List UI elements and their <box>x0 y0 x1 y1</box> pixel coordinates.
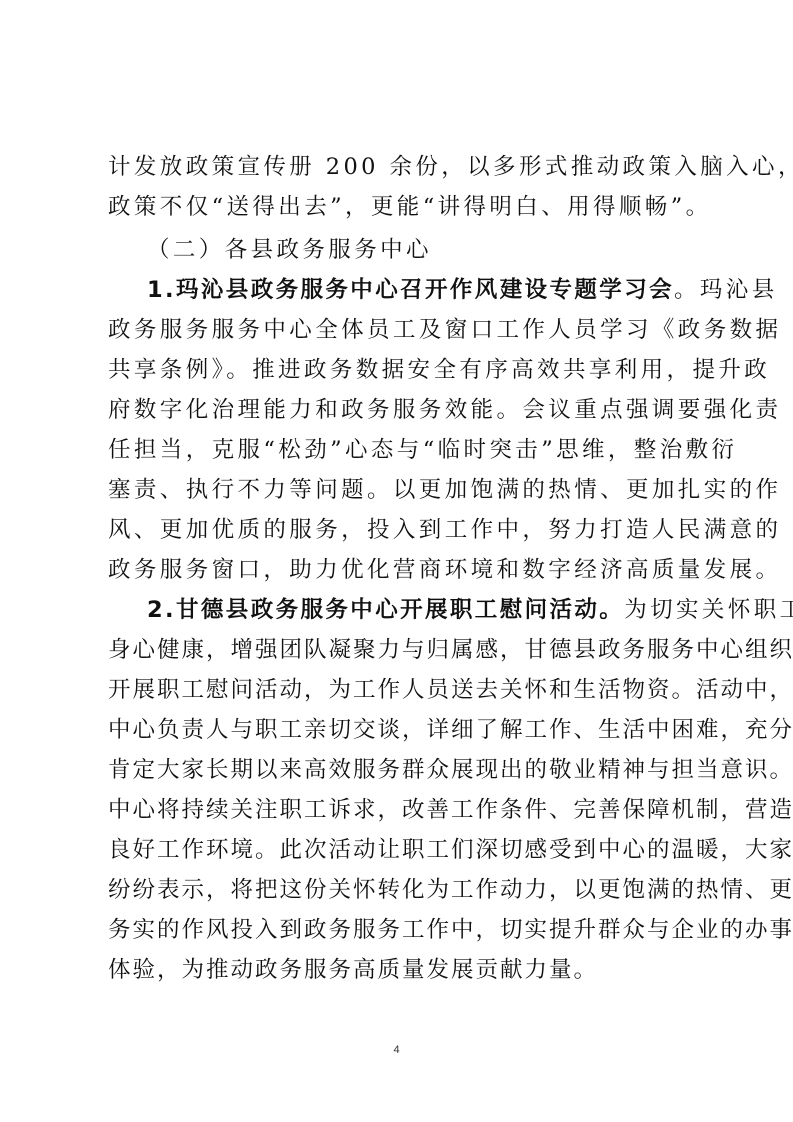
item2-first-line: 2.甘德县政务服务中心开展职工慰问活动。为切实关怀职工 <box>147 599 693 622</box>
body-text-line: 任担当，克服“松劲”心态与“临时突击”思维，整治敷衍 <box>108 439 693 462</box>
body-text-line: 政务服务窗口，助力优化营商环境和数字经济高质量发展。 <box>108 559 693 582</box>
body-text-line: 身心健康，增强团队凝聚力与归属感，甘德县政务服务中心组织 <box>108 639 693 662</box>
body-text-line: 政务服务服务中心全体员工及窗口工作人员学习《政务数据 <box>108 319 693 342</box>
body-text-line: 体验，为推动政务服务高质量发展贡献力量。 <box>108 959 693 982</box>
document-page: 计发放政策宣传册 200 余份，以多形式推动政策入脑入心，确保 政策不仅“送得出… <box>0 0 793 1122</box>
body-text-line: 肯定大家长期以来高效服务群众展现出的敬业精神与担当意识。 <box>108 759 693 782</box>
item1-title: 1.玛沁县政务服务中心召开作风建设专题学习会 <box>147 277 674 303</box>
section-heading: （二）各县政务服务中心 <box>147 239 693 262</box>
body-text-line: 纷纷表示，将把这份关怀转化为工作动力，以更饱满的热情、更 <box>108 879 693 902</box>
body-text-line: 塞责、执行不力等问题。以更加饱满的热情、更加扎实的作 <box>108 479 693 502</box>
body-text-line: 务实的作风投入到政务服务工作中，切实提升群众与企业的办事 <box>108 919 693 942</box>
item1-title-tail: 。玛沁县 <box>674 277 778 303</box>
body-text-line: 政策不仅“送得出去”，更能“讲得明白、用得顺畅”。 <box>108 196 693 219</box>
body-text-line: 计发放政策宣传册 200 余份，以多形式推动政策入脑入心，确保 <box>108 156 693 179</box>
body-text-line: 共享条例》。推进政务数据安全有序高效共享利用，提升政 <box>108 359 693 382</box>
body-text-line: 风、更加优质的服务，投入到工作中，努力打造人民满意的 <box>108 519 693 542</box>
body-text-line: 开展职工慰问活动，为工作人员送去关怀和生活物资。活动中， <box>108 679 693 702</box>
item2-title-tail: 为切实关怀职工 <box>624 597 793 623</box>
item1-first-line: 1.玛沁县政务服务中心召开作风建设专题学习会。玛沁县 <box>147 279 693 302</box>
page-number: 4 <box>0 1044 793 1056</box>
body-text-line: 府数字化治理能力和政务服务效能。会议重点强调要强化责 <box>108 399 693 422</box>
body-text-line: 中心将持续关注职工诉求，改善工作条件、完善保障机制，营造 <box>108 799 693 822</box>
body-text-line: 中心负责人与职工亲切交谈，详细了解工作、生活中困难，充分 <box>108 719 693 742</box>
body-text-line: 良好工作环境。此次活动让职工们深切感受到中心的温暖，大家 <box>108 839 693 862</box>
item2-title: 2.甘德县政务服务中心开展职工慰问活动。 <box>147 597 624 623</box>
